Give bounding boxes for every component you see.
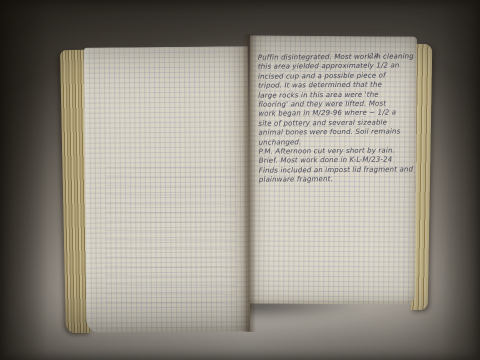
- photo-scene: 14 Puffin disintegrated. Most work in cl…: [0, 0, 480, 360]
- ink-bleed-through: [105, 166, 237, 309]
- handwriting-line: work began in M/29-96 where ~ 1/2 a: [258, 109, 414, 120]
- handwritten-notes: Puffin disintegrated. Most work in clean…: [258, 52, 415, 185]
- left-blank-grid-page: [84, 46, 250, 332]
- handwriting-line: Finds included an impost lid fragment an…: [259, 165, 415, 176]
- handwriting-line: plainware fragment.: [259, 175, 415, 186]
- spine-gutter-shadow: [242, 34, 256, 332]
- handwriting-line: this area yielded approximately 1/2 an: [258, 62, 414, 73]
- handwriting-line: animal bones were found. Soil remains: [258, 128, 414, 139]
- right-written-grid-page: 14 Puffin disintegrated. Most work in cl…: [248, 35, 417, 304]
